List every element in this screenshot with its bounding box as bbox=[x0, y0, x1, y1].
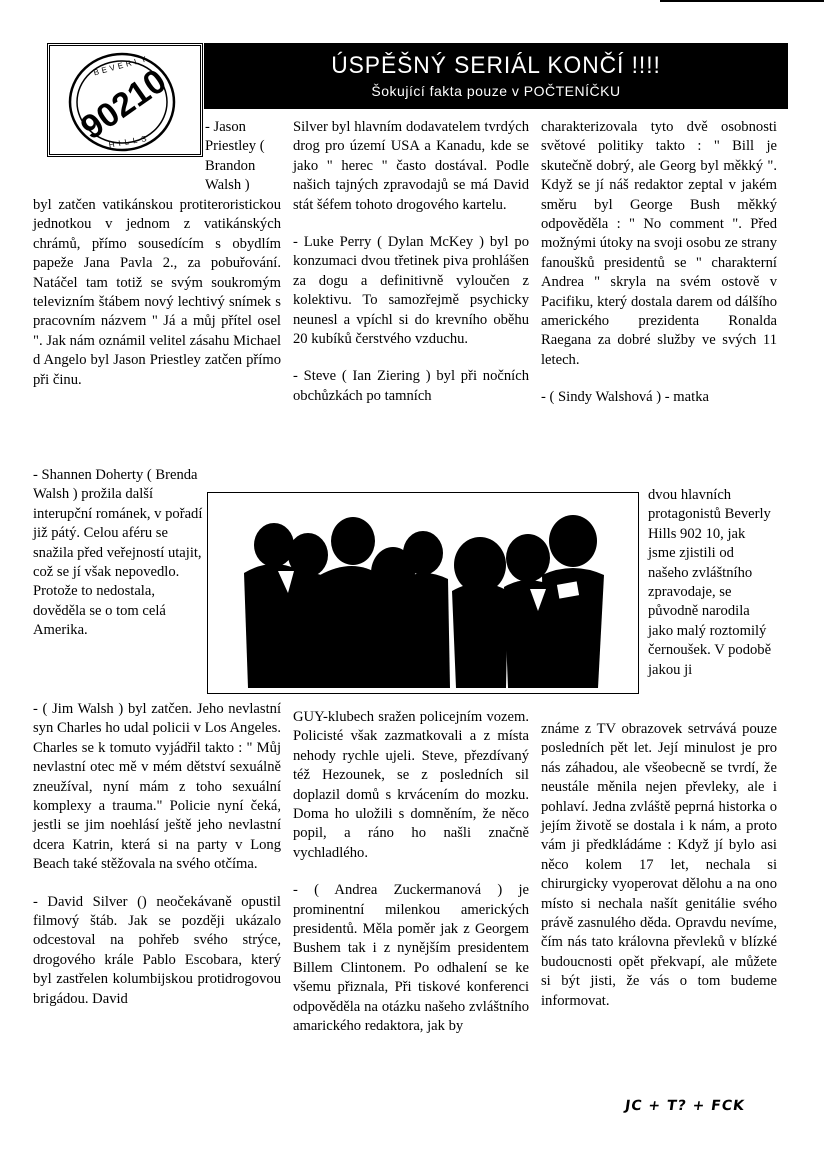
paragraph: byl zatčen vatikánskou protiteroristicko… bbox=[33, 196, 281, 390]
headline-banner: ÚSPĚŠNÝ SERIÁL KONČÍ !!!! Šokující fakta… bbox=[204, 43, 788, 109]
cast-silhouettes-image bbox=[208, 493, 638, 693]
paragraph-first-line: - Shannen Doherty ( Brenda bbox=[33, 466, 293, 485]
svg-text:HILLS: HILLS bbox=[108, 133, 151, 149]
paragraph: charakterizovala tyto dvě osobnosti svět… bbox=[541, 118, 777, 370]
article-column-2-top: Silver byl hlavním dodavatelem tvrdých d… bbox=[293, 118, 529, 424]
logo-emblem-icon: 90210 BEVERLY HILLS bbox=[50, 46, 200, 154]
paragraph: - ( Jim Walsh ) byl zatčen. Jeho nevlast… bbox=[33, 700, 281, 875]
article-sindy-walshova-cont: známe z TV obrazovek setrvává pouze posl… bbox=[541, 720, 777, 1011]
headline-title: ÚSPĚŠNÝ SERIÁL KONČÍ !!!! bbox=[219, 52, 774, 80]
cast-group-photo bbox=[207, 492, 639, 694]
paragraph: - Luke Perry ( Dylan McKey ) byl po konz… bbox=[293, 233, 529, 349]
scan-edge-line bbox=[660, 0, 824, 2]
paragraph: - Steve ( Ian Ziering ) byl při nočních … bbox=[293, 367, 529, 406]
article-column-2-bottom: GUY-klubech sražen policejním vozem. Pol… bbox=[293, 708, 529, 1055]
paragraph: GUY-klubech sražen policejním vozem. Pol… bbox=[293, 708, 529, 863]
beverly-hills-90210-logo: 90210 BEVERLY HILLS bbox=[47, 43, 203, 157]
paragraph: - ( Andrea Zuckermanová ) je prominentní… bbox=[293, 881, 529, 1036]
article-shannen-doherty: - Shannen Doherty ( Brenda Walsh ) proži… bbox=[33, 466, 203, 641]
article-column-3-top: charakterizovala tyto dvě osobnosti svět… bbox=[541, 118, 777, 408]
article-jim-walsh-david-silver: - ( Jim Walsh ) byl zatčen. Jeho nevlast… bbox=[33, 700, 281, 1027]
paragraph: - David Silver () neočekávaně opustil fi… bbox=[33, 893, 281, 1009]
article-sindy-walshova-beside-photo: dvou hlavních protagonistů Beverly Hills… bbox=[648, 486, 776, 680]
article-jason-priestley-intro: - Jason Priestley ( Brandon Walsh ) bbox=[205, 118, 283, 196]
paragraph: Walsh ) prožila další interupční románek… bbox=[33, 485, 203, 640]
paragraph: Silver byl hlavním dodavatelem tvrdých d… bbox=[293, 118, 529, 215]
headline-subtitle: Šokující fakta pouze v POČTENÍČKU bbox=[204, 83, 788, 99]
paragraph-first-line: - ( Sindy Walshová ) - matka bbox=[541, 388, 777, 407]
article-jason-priestley-body: byl zatčen vatikánskou protiteroristicko… bbox=[33, 196, 281, 408]
author-signature: JC + T? + FCK bbox=[624, 1098, 746, 1114]
